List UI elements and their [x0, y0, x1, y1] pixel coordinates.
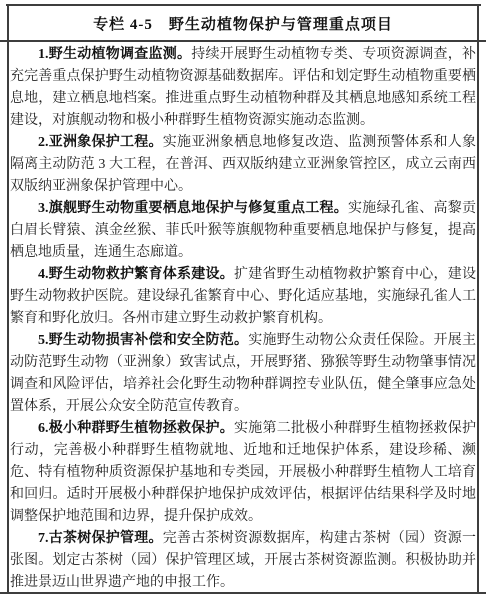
project-paragraph: 1.野生动植物调查监测。持续开展野生动植物专类、专项资源调查，补充完善重点保护野… — [10, 44, 476, 132]
panel-border-left — [7, 4, 9, 594]
project-paragraph: 2.亚洲象保护工程。实施亚洲象栖息地修复改造、监测预警体系和人象隔离主动防范 3… — [10, 132, 476, 198]
project-paragraph: 7.古茶树保护管理。完善古茶树资源数据库，构建古茶树（园）资源一张图。划定古茶树… — [10, 528, 476, 594]
project-lead: 4.野生动物救护繁育体系建设。 — [38, 267, 234, 282]
panel-body: 1.野生动植物调查监测。持续开展野生动植物专类、专项资源调查，补充完善重点保护野… — [10, 44, 476, 591]
project-lead: 3.旗舰野生动物重要栖息地保护与修复重点工程。 — [38, 201, 348, 216]
project-paragraph: 6.极小种群野生植物拯救保护。实施第二批极小种群野生植物拯救保护行动，完善极小种… — [10, 418, 476, 528]
project-lead: 6.极小种群野生植物拯救保护。 — [38, 421, 234, 436]
document-page: 专栏 4-5 野生动植物保护与管理重点项目 1.野生动植物调查监测。持续开展野生… — [0, 0, 486, 600]
project-lead: 5.野生动物损害补偿和安全防范。 — [38, 333, 248, 348]
project-lead: 7.古茶树保护管理。 — [38, 531, 163, 546]
project-paragraph: 4.野生动物救护繁育体系建设。扩建省野生动植物救护繁育中心，建设野生动物救护医院… — [10, 264, 476, 330]
panel-title: 专栏 4-5 野生动植物保护与管理重点项目 — [8, 6, 478, 40]
project-paragraph: 3.旗舰野生动物重要栖息地保护与修复重点工程。实施绿孔雀、高黎贡白眉长臂猿、滇金… — [10, 198, 476, 264]
project-lead: 1.野生动植物调查监测。 — [38, 47, 191, 62]
panel-border-right — [477, 4, 479, 594]
project-lead: 2.亚洲象保护工程。 — [38, 135, 163, 150]
project-text: 实施第二批极小种群野生植物拯救保护行动，完善极小种群野生植物就地、近地和迁地保护… — [10, 421, 476, 524]
panel-header-separator — [0, 40, 486, 42]
project-paragraph: 5.野生动物损害补偿和安全防范。实施野生动物公众责任保险。开展主动防范野生动物（… — [10, 330, 476, 418]
